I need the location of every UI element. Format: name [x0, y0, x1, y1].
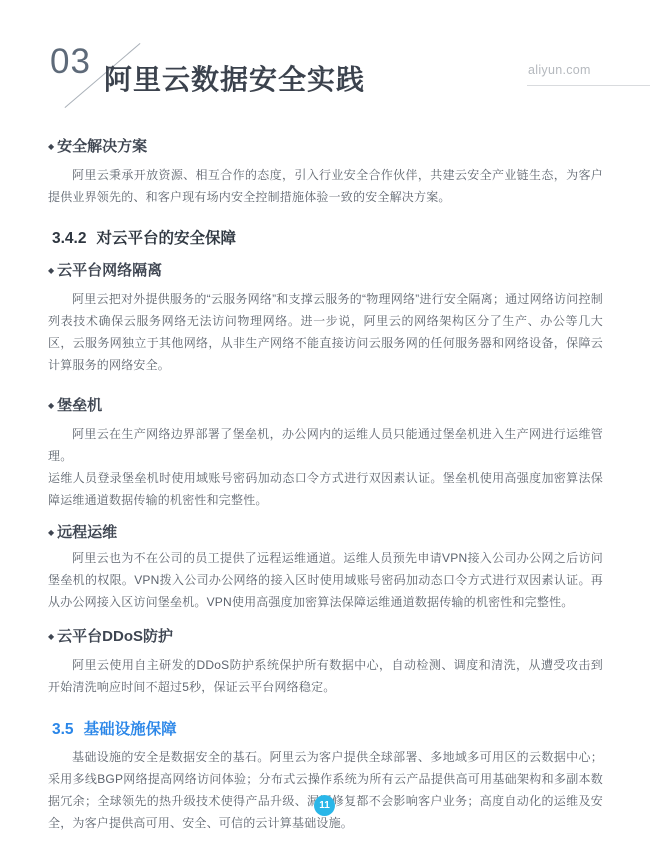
chapter-title: 阿里云数据安全实践 [104, 58, 365, 98]
paragraph-security-solution: 阿里云秉承开放资源、相互合作的态度，引入行业安全合作伙伴，共建云安全产业链生态，… [48, 164, 603, 208]
diamond-bullet-icon: ◆ [48, 401, 54, 410]
section-heading-remote-ops: ◆远程运维 [48, 523, 603, 543]
paragraph-infrastructure: 基础设施的安全是数据安全的基石。阿里云为客户提供全球部署、多地域多可用区的云数据… [48, 746, 603, 834]
section-heading-label: 安全解决方案 [57, 138, 147, 155]
section-heading-security-solution: ◆安全解决方案 [48, 137, 603, 157]
section-heading-label: 堡垒机 [57, 397, 102, 414]
subsection-heading-3-4-2: 3.4.2对云平台的安全保障 [48, 229, 603, 249]
section-heading-label: 云平台DDoS防护 [57, 628, 173, 645]
paragraph-remote-ops: 阿里云也为不在公司的员工提供了远程运维通道。运维人员预先申请VPN接入公司办公网… [48, 547, 603, 613]
paragraph-line: 运维人员登录堡垒机时使用域账号密码加动态口令方式进行双因素认证。堡垒机使用高强度… [48, 471, 603, 507]
subsection-heading-3-5: 3.5基础设施保障 [48, 720, 603, 740]
subsection-number: 3.5 [52, 721, 74, 738]
section-heading-label: 云平台网络隔离 [57, 262, 162, 279]
diamond-bullet-icon: ◆ [48, 528, 54, 537]
subsection-number: 3.4.2 [52, 230, 86, 247]
section-heading-label: 远程运维 [57, 524, 117, 541]
paragraph-network-isolation: 阿里云把对外提供服务的“云服务网络”和支撑云服务的“物理网络”进行安全隔离；通过… [48, 288, 603, 376]
section-heading-bastion-host: ◆堡垒机 [48, 396, 603, 416]
paragraph-ddos-protection: 阿里云使用自主研发的DDoS防护系统保护所有数据中心，自动检测、调度和清洗，从遭… [48, 654, 603, 698]
site-label: aliyun.com [528, 63, 591, 77]
diamond-bullet-icon: ◆ [48, 142, 54, 151]
subsection-title: 基础设施保障 [84, 721, 177, 738]
header-rule [527, 85, 650, 86]
diamond-bullet-icon: ◆ [48, 632, 54, 641]
diamond-bullet-icon: ◆ [48, 266, 54, 275]
section-heading-ddos-protection: ◆云平台DDoS防护 [48, 627, 603, 647]
subsection-title: 对云平台的安全保障 [96, 230, 236, 247]
document-page: 03 阿里云数据安全实践 aliyun.com ◆安全解决方案 阿里云秉承开放资… [0, 0, 650, 841]
chapter-number: 03 [50, 42, 91, 82]
page-number-badge: 11 [314, 795, 335, 816]
section-heading-network-isolation: ◆云平台网络隔离 [48, 261, 603, 281]
paragraph-bastion-host: 阿里云在生产网络边界部署了堡垒机，办公网内的运维人员只能通过堡垒机进入生产网进行… [48, 423, 603, 511]
paragraph-line: 阿里云在生产网络边界部署了堡垒机，办公网内的运维人员只能通过堡垒机进入生产网进行… [48, 427, 603, 463]
page-content: ◆安全解决方案 阿里云秉承开放资源、相互合作的态度，引入行业安全合作伙伴，共建云… [48, 133, 603, 834]
